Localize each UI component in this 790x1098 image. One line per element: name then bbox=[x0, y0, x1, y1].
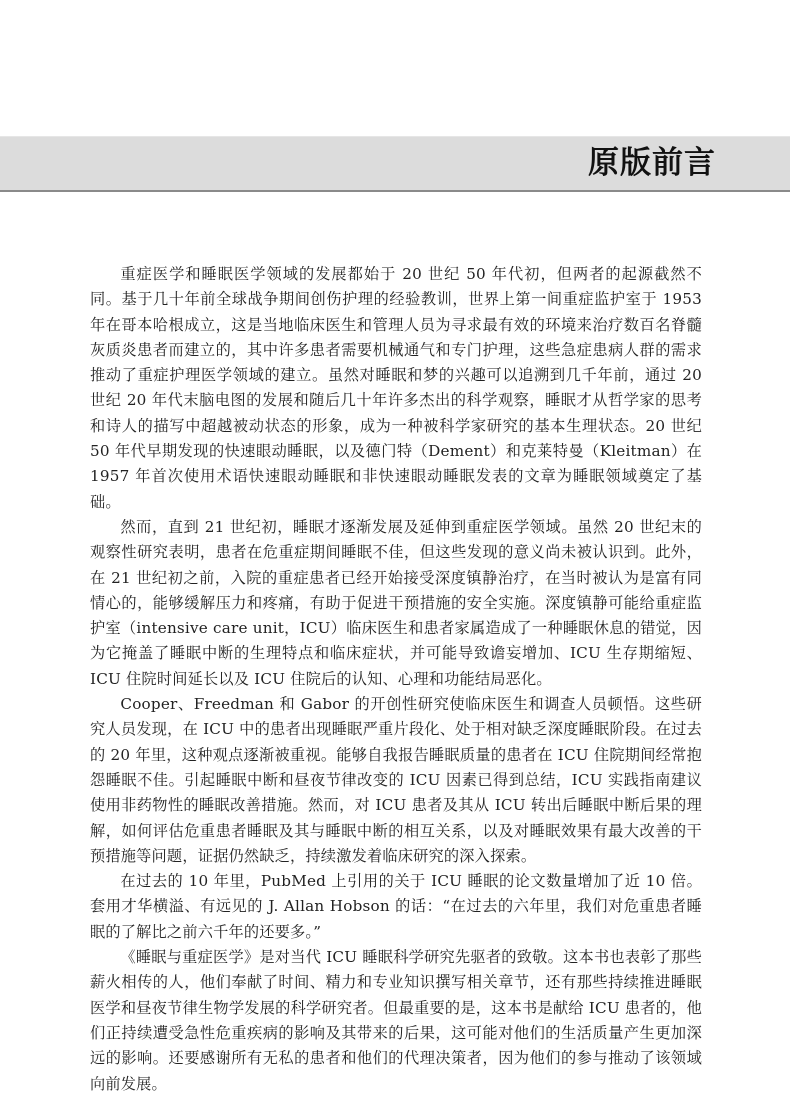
paragraph-sedation: 然而，直到 21 世纪初，睡眠才逐渐发展及延伸到重症医学领域。虽然 20 世纪末… bbox=[90, 515, 702, 692]
paragraph-research: Cooper、Freedman 和 Gabor 的开创性研究使临床医生和调查人员… bbox=[90, 692, 702, 869]
paragraph-pubmed: 在过去的 10 年里，PubMed 上引用的关于 ICU 睡眠的论文数量增加了近… bbox=[90, 869, 702, 945]
paragraph-origins: 重症医学和睡眠医学领域的发展都始于 20 世纪 50 年代初，但两者的起源截然不… bbox=[90, 262, 702, 515]
chapter-header-band: 原版前言 bbox=[0, 136, 790, 192]
page-title: 原版前言 bbox=[588, 141, 716, 185]
paragraph-dedication: 《睡眠与重症医学》是对当代 ICU 睡眠科学研究先驱者的致敬。这本书也表彰了那些… bbox=[90, 945, 702, 1097]
preface-body: 重症医学和睡眠医学领域的发展都始于 20 世纪 50 年代初，但两者的起源截然不… bbox=[90, 262, 702, 1097]
